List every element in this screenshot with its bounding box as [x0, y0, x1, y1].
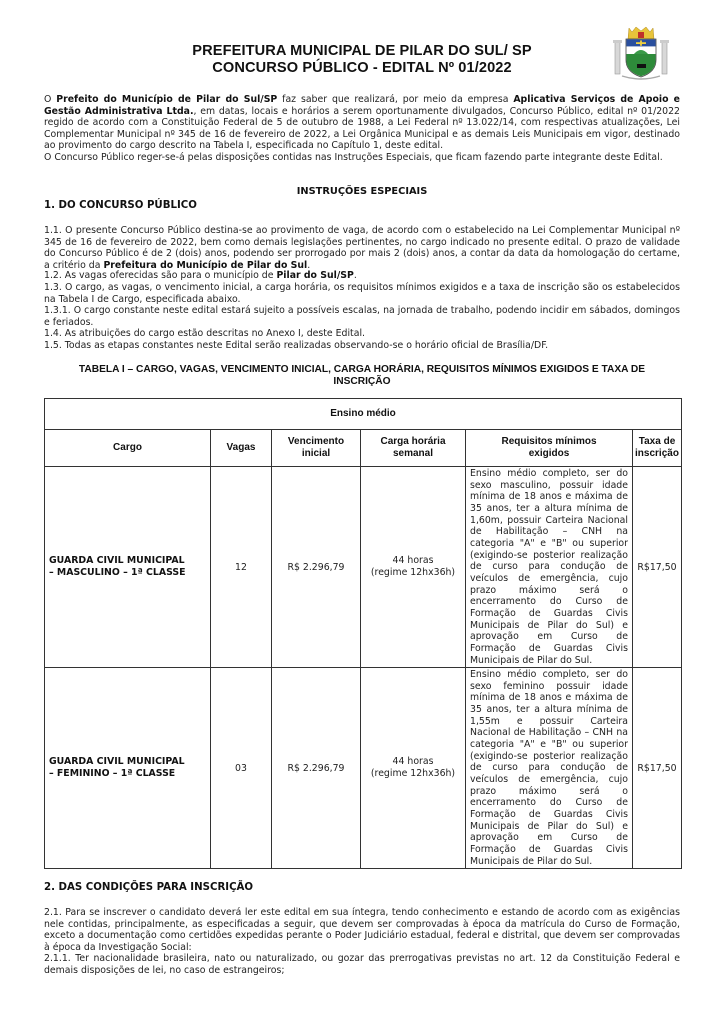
section-1-title: 1. DO CONCURSO PÚBLICO — [44, 200, 197, 211]
col-header-taxa: Taxa de inscrição — [633, 430, 682, 467]
intro-paragraph: O Prefeito do Município de Pilar do Sul/… — [44, 94, 680, 152]
requisitos-cell: Ensino médio completo, ser do sexo mascu… — [466, 467, 633, 668]
col-header-requisitos: Requisitos mínimos exigidos — [466, 430, 633, 467]
vagas-cell: 12 — [211, 467, 272, 668]
table-row: GUARDA CIVIL MUNICIPAL– MASCULINO – 1ª C… — [45, 467, 682, 668]
document-page: PREFEITURA MUNICIPAL DE PILAR DO SUL/ SP… — [0, 0, 724, 1024]
vencimento-cell: R$ 2.296,79 — [272, 668, 361, 869]
carga-cell: 44 horas(regime 12hx36h) — [361, 668, 466, 869]
table-group-header: Ensino médio — [45, 399, 682, 430]
item-1-5: 1.5. Todas as etapas constantes neste Ed… — [44, 340, 680, 352]
col-header-carga: Carga horária semanal — [361, 430, 466, 467]
col-header-vencimento: Vencimento inicial — [272, 430, 361, 467]
vagas-cell: 03 — [211, 668, 272, 869]
cargo-cell: GUARDA CIVIL MUNICIPAL– MASCULINO – 1ª C… — [45, 467, 211, 668]
col-header-vagas: Vagas — [211, 430, 272, 467]
item-1-2: 1.2. As vagas oferecidas são para o muni… — [44, 270, 680, 282]
cargo-cell: GUARDA CIVIL MUNICIPAL– FEMININO – 1ª CL… — [45, 668, 211, 869]
table-row: GUARDA CIVIL MUNICIPAL– FEMININO – 1ª CL… — [45, 668, 682, 869]
item-1-4: 1.4. As atribuições do cargo estão descr… — [44, 328, 680, 340]
item-1-3: 1.3. O cargo, as vagas, o vencimento ini… — [44, 282, 680, 305]
item-2-1-1: 2.1.1. Ter nacionalidade brasileira, nat… — [44, 953, 680, 976]
requisitos-cell: Ensino médio completo, ser do sexo femin… — [466, 668, 633, 869]
vencimento-cell: R$ 2.296,79 — [272, 467, 361, 668]
taxa-cell: R$17,50 — [633, 467, 682, 668]
positions-table: Ensino médio Cargo Vagas Vencimento inic… — [44, 398, 682, 869]
item-2-1: 2.1. Para se inscrever o candidato dever… — [44, 907, 680, 953]
coat-of-arms-icon — [612, 26, 670, 82]
item-1-1: 1.1. O presente Concurso Público destina… — [44, 225, 680, 271]
carga-cell: 44 horas(regime 12hx36h) — [361, 467, 466, 668]
table-title-line-2: INSCRIÇÃO — [44, 376, 680, 388]
table-title-line-1: TABELA I – CARGO, VAGAS, VENCIMENTO INIC… — [44, 364, 680, 376]
item-1-3-1: 1.3.1. O cargo constante neste edital es… — [44, 305, 680, 328]
instructions-title: INSTRUÇÕES ESPECIAIS — [0, 186, 724, 197]
col-header-cargo: Cargo — [45, 430, 211, 467]
taxa-cell: R$17,50 — [633, 668, 682, 869]
intro-paragraph-2: O Concurso Público reger-se-á pelas disp… — [44, 152, 680, 164]
section-2-title: 2. DAS CONDIÇÕES PARA INSCRIÇÃO — [44, 882, 253, 893]
